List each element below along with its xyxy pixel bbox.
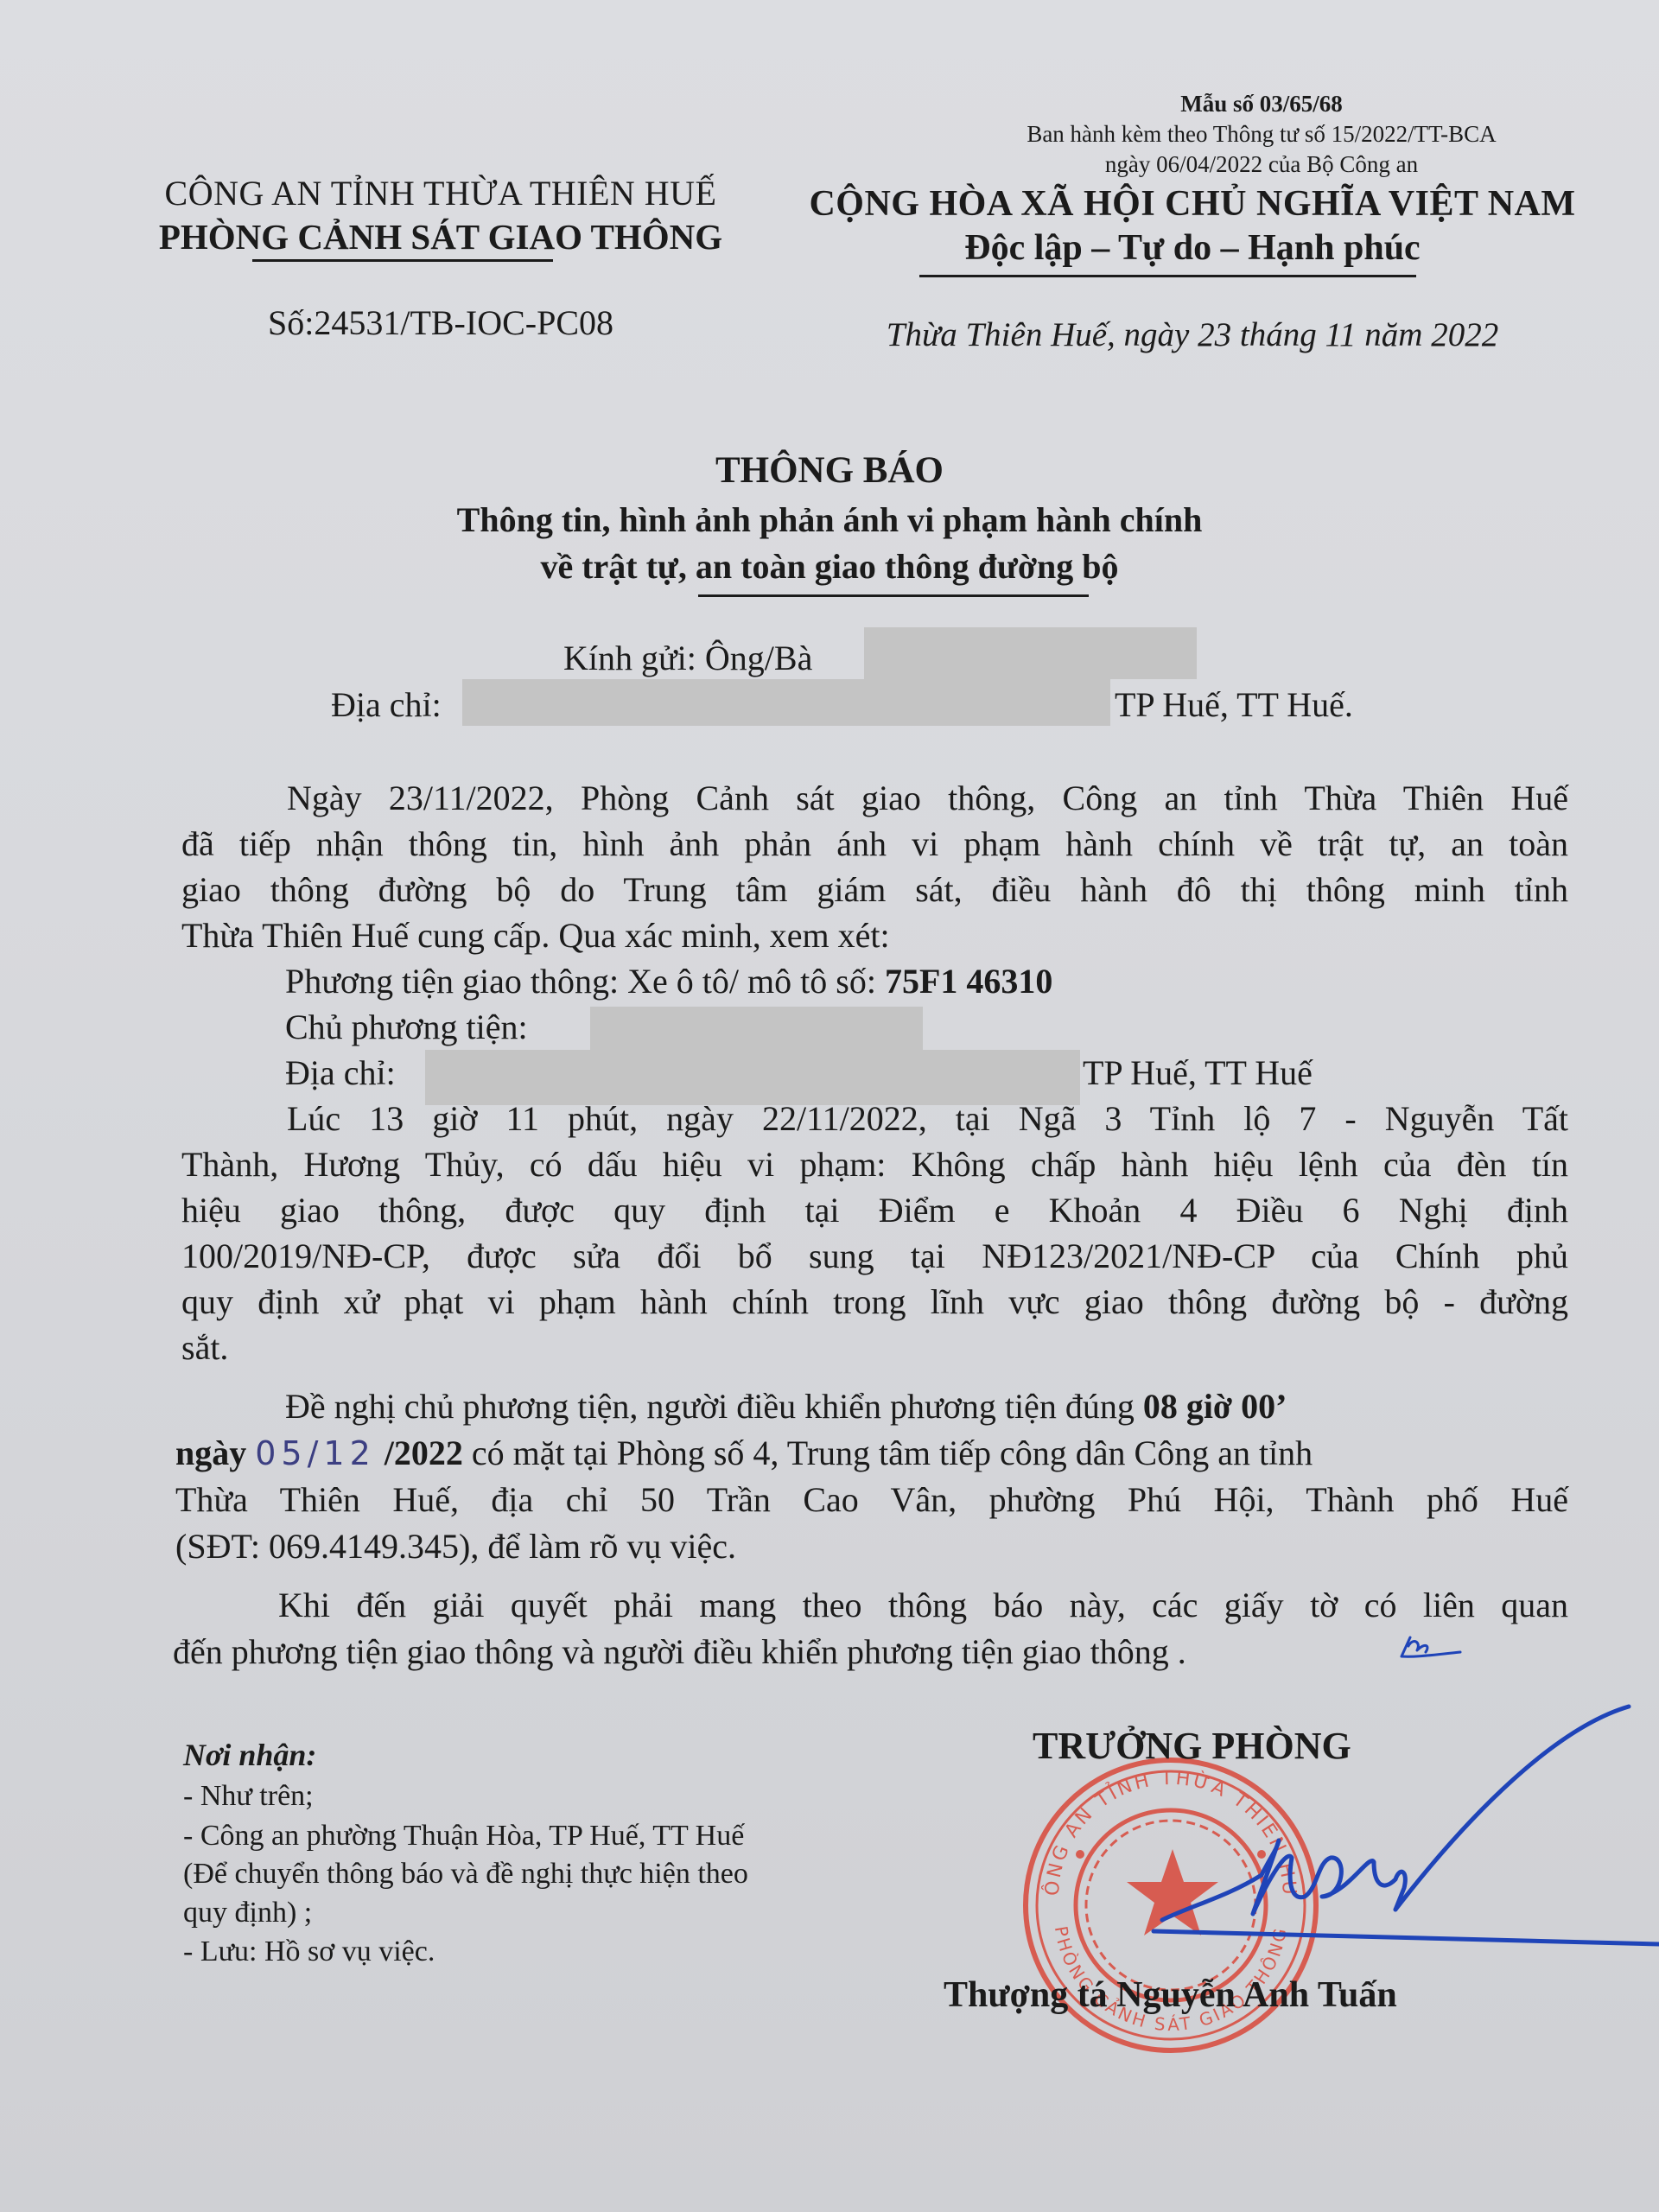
para1-line-2: đã tiếp nhận thông tin, hình ảnh phản án… [181, 823, 1568, 864]
para3-line-4: (SĐT: 069.4149.345), để làm rõ vụ việc. [175, 1526, 1562, 1567]
para2-line-1: Lúc 13 giờ 11 phút, ngày 22/11/2022, tại… [287, 1098, 1568, 1139]
recipients-title: Nơi nhận: [183, 1737, 316, 1773]
owner-label: Chủ phương tiện: [285, 1007, 1659, 1047]
department-name: PHÒNG CẢNH SÁT GIAO THÔNG [121, 216, 760, 257]
place-date: Thừa Thiên Huế, ngày 23 tháng 11 năm 202… [760, 315, 1624, 354]
para2-line-5: quy định xử phạt vi phạm hành chính tron… [181, 1281, 1568, 1322]
signer-position: TRƯỞNG PHÒNG [1033, 1724, 1351, 1768]
vehicle-label: Phương tiện giao thông: Xe ô tô/ mô tô s… [285, 962, 876, 1001]
owner-address-suffix: TP Huế, TT Huế [1083, 1052, 1428, 1093]
vehicle-plate: 75F1 46310 [885, 962, 1052, 1001]
redacted-owner-name [590, 1007, 923, 1050]
addressee-label: Kính gửi: Ông/Bà [563, 638, 812, 678]
para2-line-2: Thành, Hương Thủy, có dấu hiệu vi phạm: … [181, 1144, 1568, 1185]
handwritten-signature [1154, 1637, 1659, 1944]
vehicle-line: Phương tiện giao thông: Xe ô tô/ mô tô s… [285, 961, 1659, 1001]
para1-line-1: Ngày 23/11/2022, Phòng Cảnh sát giao thô… [287, 778, 1568, 818]
recipient-item: - Công an phường Thuận Hòa, TP Huế, TT H… [183, 1820, 744, 1853]
para3-line-2: ngày 05/12 /2022 có mặt tại Phòng số 4, … [175, 1433, 1568, 1473]
address-suffix: TP Huế, TT Huế. [1115, 684, 1353, 725]
signer-name: Thượng tá Nguyễn Anh Tuấn [944, 1974, 1397, 2016]
para2-line-4: 100/2019/NĐ-CP, được sửa đổi bổ sung tại… [181, 1236, 1568, 1276]
para3-line-1: Đề nghị chủ phương tiện, người điều khiể… [285, 1386, 1568, 1427]
document-subtitle-1: Thông tin, hình ảnh phản ánh vi phạm hàn… [0, 499, 1659, 540]
appointment-year: /2022 [385, 1433, 463, 1472]
form-issued-line-2: ngày 06/04/2022 của Bộ Công an [950, 151, 1573, 178]
recipient-item: quy định) ; [183, 1897, 312, 1929]
stamp-star-icon [1127, 1849, 1218, 1935]
para4-line-1: Khi đến giải quyết phải mang theo thông … [278, 1585, 1568, 1625]
para3-line-3: Thừa Thiên Huế, địa chỉ 50 Trần Cao Vân,… [175, 1479, 1568, 1520]
para1-line-4: Thừa Thiên Huế cung cấp. Qua xác minh, x… [181, 915, 1568, 956]
para1-line-3: giao thông đường bộ do Trung tâm giám sá… [181, 869, 1568, 910]
title-underline [698, 594, 1089, 597]
form-number: Mẫu số 03/65/68 [950, 91, 1573, 118]
document-title: THÔNG BÁO [0, 449, 1659, 492]
para4-line-2: đến phương tiện giao thông và người điều… [173, 1631, 1560, 1672]
country-name: CỘNG HÒA XÃ HỘI CHỦ NGHĨA VIỆT NAM [760, 183, 1624, 225]
address-label: Địa chỉ: [331, 684, 442, 725]
appointment-time: 08 giờ 00’ [1143, 1387, 1287, 1426]
department-underline [252, 259, 553, 262]
recipient-item: - Lưu: Hồ sơ vụ việc. [183, 1935, 435, 1968]
recipient-item: (Để chuyển thông báo và đề nghị thực hiệ… [183, 1858, 748, 1891]
national-motto: Độc lập – Tự do – Hạnh phúc [760, 227, 1624, 269]
form-issued-line-1: Ban hành kèm theo Thông tư số 15/2022/TT… [950, 121, 1573, 148]
redacted-owner-address [425, 1050, 1080, 1105]
agency-name: CÔNG AN TỈNH THỪA THIÊN HUẾ [121, 173, 760, 213]
redacted-address [462, 679, 1110, 726]
para2-line-6: sắt. [181, 1327, 1568, 1368]
motto-underline [919, 275, 1416, 277]
para2-line-3: hiệu giao thông, được quy định tại Điểm … [181, 1190, 1568, 1230]
document-page: CÔNG AN TỈNH THỪA THIÊN HUẾ PHÒNG CẢNH S… [0, 0, 1659, 2212]
recipient-item: - Như trên; [183, 1780, 314, 1813]
document-subtitle-2: về trật tự, an toàn giao thông đường bộ [0, 546, 1659, 587]
document-number: Số:24531/TB-IOC-PC08 [121, 302, 760, 343]
handwritten-appointment-date: 05/12 [255, 1434, 376, 1472]
redacted-addressee-name [864, 627, 1197, 679]
